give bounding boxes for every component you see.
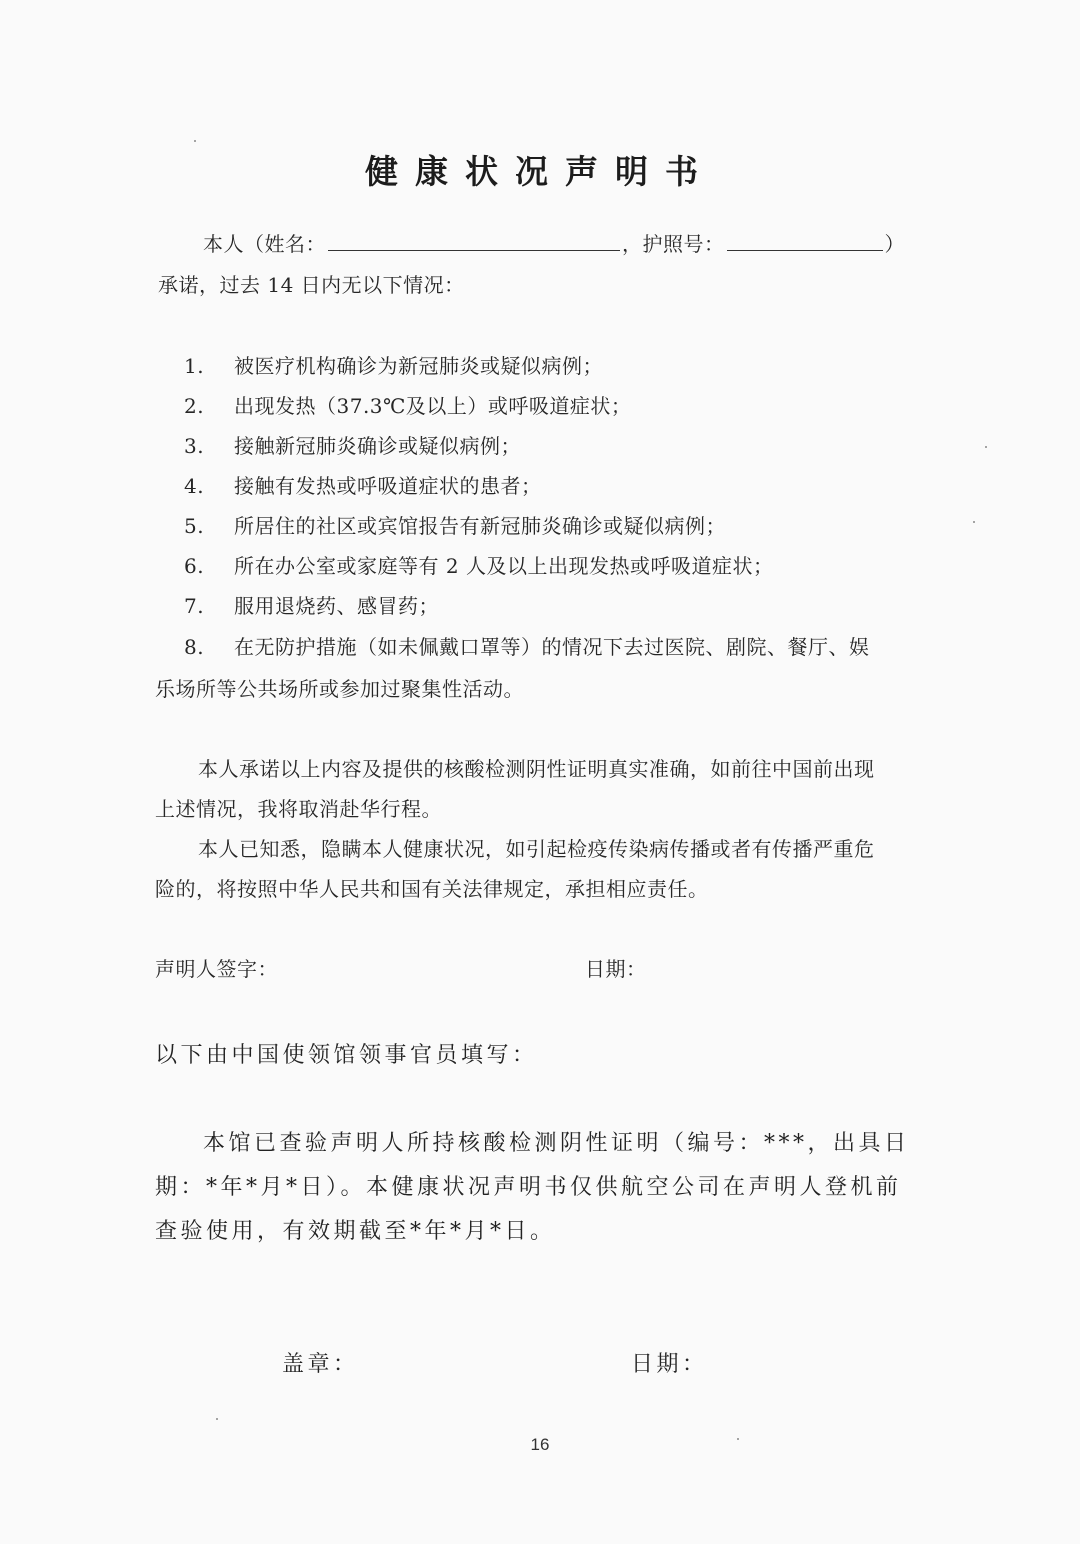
item-number: 5. xyxy=(184,514,234,538)
official-line-2: 期：*年*月*日）。本健康状况声明书仅供航空公司在声明人登机前 xyxy=(155,1170,902,1201)
document-title: 健康状况声明书 xyxy=(0,146,1080,193)
scan-speck xyxy=(985,446,987,448)
official-date-label: 日期： xyxy=(631,1347,708,1378)
page-number: 16 xyxy=(0,1435,1080,1455)
item-number: 4. xyxy=(184,474,234,498)
item-text: 服用退烧药、感冒药； xyxy=(234,594,439,618)
official-line-3: 查验使用，有效期截至*年*月*日。 xyxy=(155,1214,556,1245)
list-item: 8.在无防护措施（如未佩戴口罩等）的情况下去过医院、剧院、餐厅、娱 xyxy=(184,631,870,660)
document-page: 健康状况声明书 本人（姓名：，护照号：） 承诺，过去 14 日内无以下情况： 1… xyxy=(0,0,1080,1544)
item-text: 出现发热（37.3℃及以上）或呼吸道症状； xyxy=(234,394,631,418)
official-section-heading: 以下由中国使领馆领事官员填写： xyxy=(155,1038,538,1069)
scan-speck xyxy=(194,140,196,142)
item-number: 8. xyxy=(184,635,234,659)
official-line-1: 本馆已查验声明人所持核酸检测阴性证明（编号：***，出具日 xyxy=(203,1126,910,1157)
intro-line: 本人（姓名：，护照号：） xyxy=(203,228,905,257)
scan-speck xyxy=(216,1418,218,1420)
intro-middle: ，护照号： xyxy=(622,232,725,256)
scan-speck xyxy=(973,521,975,523)
item-number: 6. xyxy=(184,554,234,578)
item-text: 接触新冠肺炎确诊或疑似病例； xyxy=(234,434,521,458)
acknowledgement-line-2: 险的，将按照中华人民共和国有关法律规定，承担相应责任。 xyxy=(155,873,709,902)
intro-line-2: 承诺，过去 14 日内无以下情况： xyxy=(158,269,465,298)
intro-prefix: 本人（姓名： xyxy=(203,232,326,256)
acknowledgement-line-1: 本人已知悉，隐瞒本人健康状况，如引起检疫传染病传播或者有传播严重危 xyxy=(198,833,875,862)
list-item: 6.所在办公室或家庭等有 2 人及以上出现发热或呼吸道症状； xyxy=(184,550,773,579)
pledge-line-2: 上述情况，我将取消赴华行程。 xyxy=(155,793,442,822)
list-item: 5.所居住的社区或宾馆报告有新冠肺炎确诊或疑似病例； xyxy=(184,510,726,539)
item-number: 2. xyxy=(184,394,234,418)
item-text: 接触有发热或呼吸道症状的患者； xyxy=(234,474,542,498)
list-item: 4.接触有发热或呼吸道症状的患者； xyxy=(184,470,542,499)
list-item: 1.被医疗机构确诊为新冠肺炎或疑似病例； xyxy=(184,350,603,379)
item-number: 1. xyxy=(184,354,234,378)
signer-date-label: 日期： xyxy=(585,953,647,982)
name-field[interactable] xyxy=(328,232,620,251)
item-text: 所在办公室或家庭等有 2 人及以上出现发热或呼吸道症状； xyxy=(234,554,773,578)
list-item-continuation: 乐场所等公共场所或参加过聚集性活动。 xyxy=(155,673,524,702)
list-item: 2.出现发热（37.3℃及以上）或呼吸道症状； xyxy=(184,390,631,419)
item-text: 所居住的社区或宾馆报告有新冠肺炎确诊或疑似病例； xyxy=(234,514,726,538)
seal-label: 盖章： xyxy=(282,1347,359,1378)
signer-signature-label: 声明人签字： xyxy=(155,953,278,982)
item-number: 3. xyxy=(184,434,234,458)
intro-suffix: ） xyxy=(885,232,906,256)
item-text: 被医疗机构确诊为新冠肺炎或疑似病例； xyxy=(234,354,603,378)
item-text: 在无防护措施（如未佩戴口罩等）的情况下去过医院、剧院、餐厅、娱 xyxy=(234,635,870,659)
list-item: 7.服用退烧药、感冒药； xyxy=(184,590,439,619)
pledge-line-1: 本人承诺以上内容及提供的核酸检测阴性证明真实准确，如前往中国前出现 xyxy=(198,753,875,782)
item-number: 7. xyxy=(184,594,234,618)
list-item: 3.接触新冠肺炎确诊或疑似病例； xyxy=(184,430,521,459)
passport-number-field[interactable] xyxy=(727,232,883,251)
